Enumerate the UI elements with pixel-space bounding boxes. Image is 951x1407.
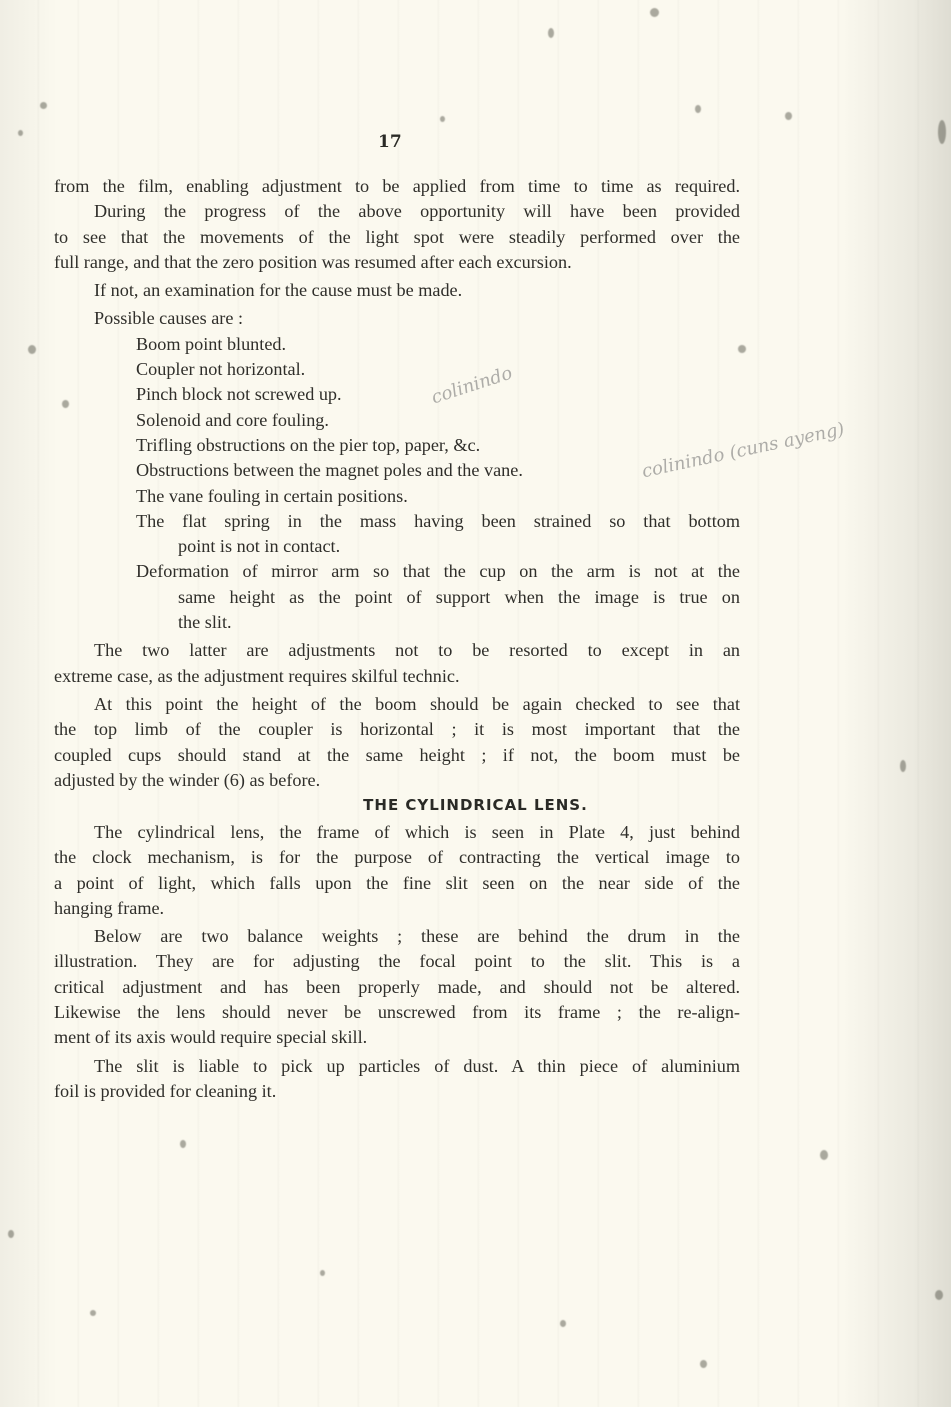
scan-speck xyxy=(900,760,906,772)
text-line: the top limb of the coupler is horizonta… xyxy=(54,717,740,742)
body-text: from the film, enabling adjustment to be… xyxy=(54,174,740,793)
text-line: a point of light, which falls upon the f… xyxy=(54,871,740,896)
text-line: If not, an examination for the cause mus… xyxy=(54,278,740,303)
list-item: Pinch block not screwed up. xyxy=(54,382,740,407)
text-line: the clock mechanism, is for the purpose … xyxy=(54,845,740,870)
text-line: During the progress of the above opportu… xyxy=(54,199,740,224)
text-line: foil is provided for cleaning it. xyxy=(54,1079,740,1104)
scan-speck xyxy=(820,1150,828,1160)
list-item: The vane fouling in certain positions. xyxy=(54,484,740,509)
list-item: Boom point blunted. xyxy=(54,332,740,357)
scan-speck xyxy=(548,28,554,38)
scan-speck xyxy=(28,345,36,354)
scan-speck xyxy=(180,1140,186,1148)
text-line: The cylindrical lens, the frame of which… xyxy=(54,820,740,845)
scan-speck xyxy=(440,116,445,122)
text-line: adjusted by the winder (6) as before. xyxy=(54,768,740,793)
scan-speck xyxy=(650,8,659,17)
text-line: extreme case, as the adjustment requires… xyxy=(54,664,740,689)
text-line: The slit is liable to pick up particles … xyxy=(54,1054,740,1079)
list-item: Trifling obstructions on the pier top, p… xyxy=(54,433,740,458)
scan-speck xyxy=(320,1270,325,1276)
scan-speck xyxy=(90,1310,96,1316)
scan-speck xyxy=(40,102,47,109)
page-number: 17 xyxy=(378,132,402,152)
section2-text: The cylindrical lens, the frame of which… xyxy=(54,820,740,1104)
list-item: Deformation of mirror arm so that the cu… xyxy=(54,559,740,584)
scan-speck xyxy=(18,130,23,136)
text-line: full range, and that the zero position w… xyxy=(54,250,740,275)
text-line: to see that the movements of the light s… xyxy=(54,225,740,250)
text-line: from the film, enabling adjustment to be… xyxy=(54,174,740,199)
scan-speck xyxy=(935,1290,943,1300)
list-item: Solenoid and core fouling. xyxy=(54,408,740,433)
scan-speck xyxy=(695,105,701,113)
scan-speck xyxy=(785,112,792,120)
text-line: critical adjustment and has been properl… xyxy=(54,975,740,1000)
list-item: The flat spring in the mass having been … xyxy=(54,509,740,534)
scan-speck xyxy=(700,1360,707,1368)
text-line: Below are two balance weights ; these ar… xyxy=(54,924,740,949)
scan-speck xyxy=(560,1320,566,1327)
text-line: Likewise the lens should never be unscre… xyxy=(54,1000,740,1025)
text-line: The two latter are adjustments not to be… xyxy=(54,638,740,663)
list-item-continuation: the slit. xyxy=(54,610,740,635)
text-line: illustration. They are for adjusting the… xyxy=(54,949,740,974)
scan-speck xyxy=(938,120,946,144)
text-line: hanging frame. xyxy=(54,896,740,921)
text-line: At this point the height of the boom sho… xyxy=(54,692,740,717)
list-item: Coupler not horizontal. xyxy=(54,357,740,382)
causes-list: Boom point blunted. Coupler not horizont… xyxy=(54,332,740,636)
text-line: Possible causes are : xyxy=(54,306,740,331)
text-line: ment of its axis would require special s… xyxy=(54,1025,740,1050)
list-item: Obstructions between the magnet poles an… xyxy=(54,458,740,483)
scanned-page: 17 from the film, enabling adjustment to… xyxy=(0,0,951,1407)
list-item-continuation: point is not in contact. xyxy=(54,534,740,559)
section-heading: THE CYLINDRICAL LENS. xyxy=(0,796,951,814)
text-line: coupled cups should stand at the same he… xyxy=(54,743,740,768)
scan-speck xyxy=(8,1230,14,1238)
list-item-continuation: same height as the point of support when… xyxy=(54,585,740,610)
